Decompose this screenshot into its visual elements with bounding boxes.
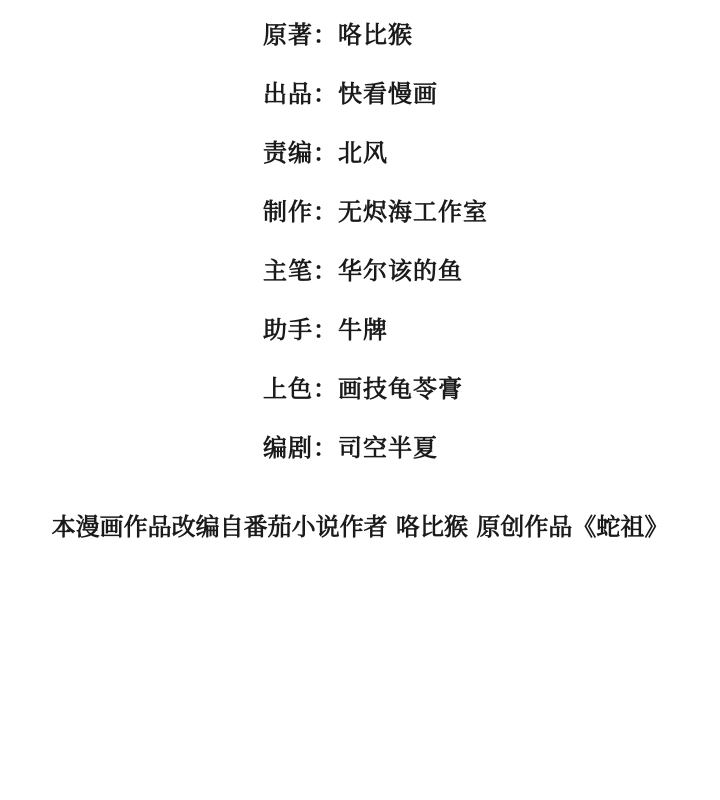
- credit-colon: ：: [313, 80, 338, 108]
- credit-value: 牛牌: [338, 316, 388, 344]
- credit-value: 华尔该的鱼: [338, 257, 463, 285]
- credit-line-colorist: 上色：画技龟苓膏: [263, 376, 488, 402]
- credit-colon: ：: [313, 21, 338, 49]
- credit-colon: ：: [313, 434, 338, 462]
- credit-value: 司空半夏: [338, 434, 438, 462]
- credit-line-production-studio: 制作：无烬海工作室: [263, 199, 488, 225]
- credit-colon: ：: [313, 139, 338, 167]
- credit-line-assistant: 助手：牛牌: [263, 317, 488, 343]
- credit-colon: ：: [313, 316, 338, 344]
- credit-colon: ：: [313, 257, 338, 285]
- adaptation-attribution: 本漫画作品改编自番茄小说作者 咯比猴 原创作品《蛇祖》: [0, 513, 720, 541]
- credit-line-producer: 出品：快看慢画: [263, 81, 488, 107]
- credits-list: 原著：咯比猴 出品：快看慢画 责编：北风 制作：无烬海工作室 主笔：华尔该的鱼 …: [263, 22, 488, 461]
- credit-line-editor: 责编：北风: [263, 140, 488, 166]
- credit-label: 出品: [263, 80, 313, 108]
- credit-colon: ：: [313, 198, 338, 226]
- credit-value: 无烬海工作室: [338, 198, 488, 226]
- credit-value: 画技龟苓膏: [338, 375, 463, 403]
- credit-value: 咯比猴: [338, 21, 413, 49]
- credit-value: 北风: [338, 139, 388, 167]
- credit-line-screenwriter: 编剧：司空半夏: [263, 435, 488, 461]
- credit-label: 助手: [263, 316, 313, 344]
- credit-colon: ：: [313, 375, 338, 403]
- credit-label: 上色: [263, 375, 313, 403]
- credit-label: 制作: [263, 198, 313, 226]
- credit-label: 责编: [263, 139, 313, 167]
- credit-label: 编剧: [263, 434, 313, 462]
- credit-label: 原著: [263, 21, 313, 49]
- credit-value: 快看慢画: [338, 80, 438, 108]
- credit-line-lead-artist: 主笔：华尔该的鱼: [263, 258, 488, 284]
- credit-label: 主笔: [263, 257, 313, 285]
- credit-line-original-author: 原著：咯比猴: [263, 22, 488, 48]
